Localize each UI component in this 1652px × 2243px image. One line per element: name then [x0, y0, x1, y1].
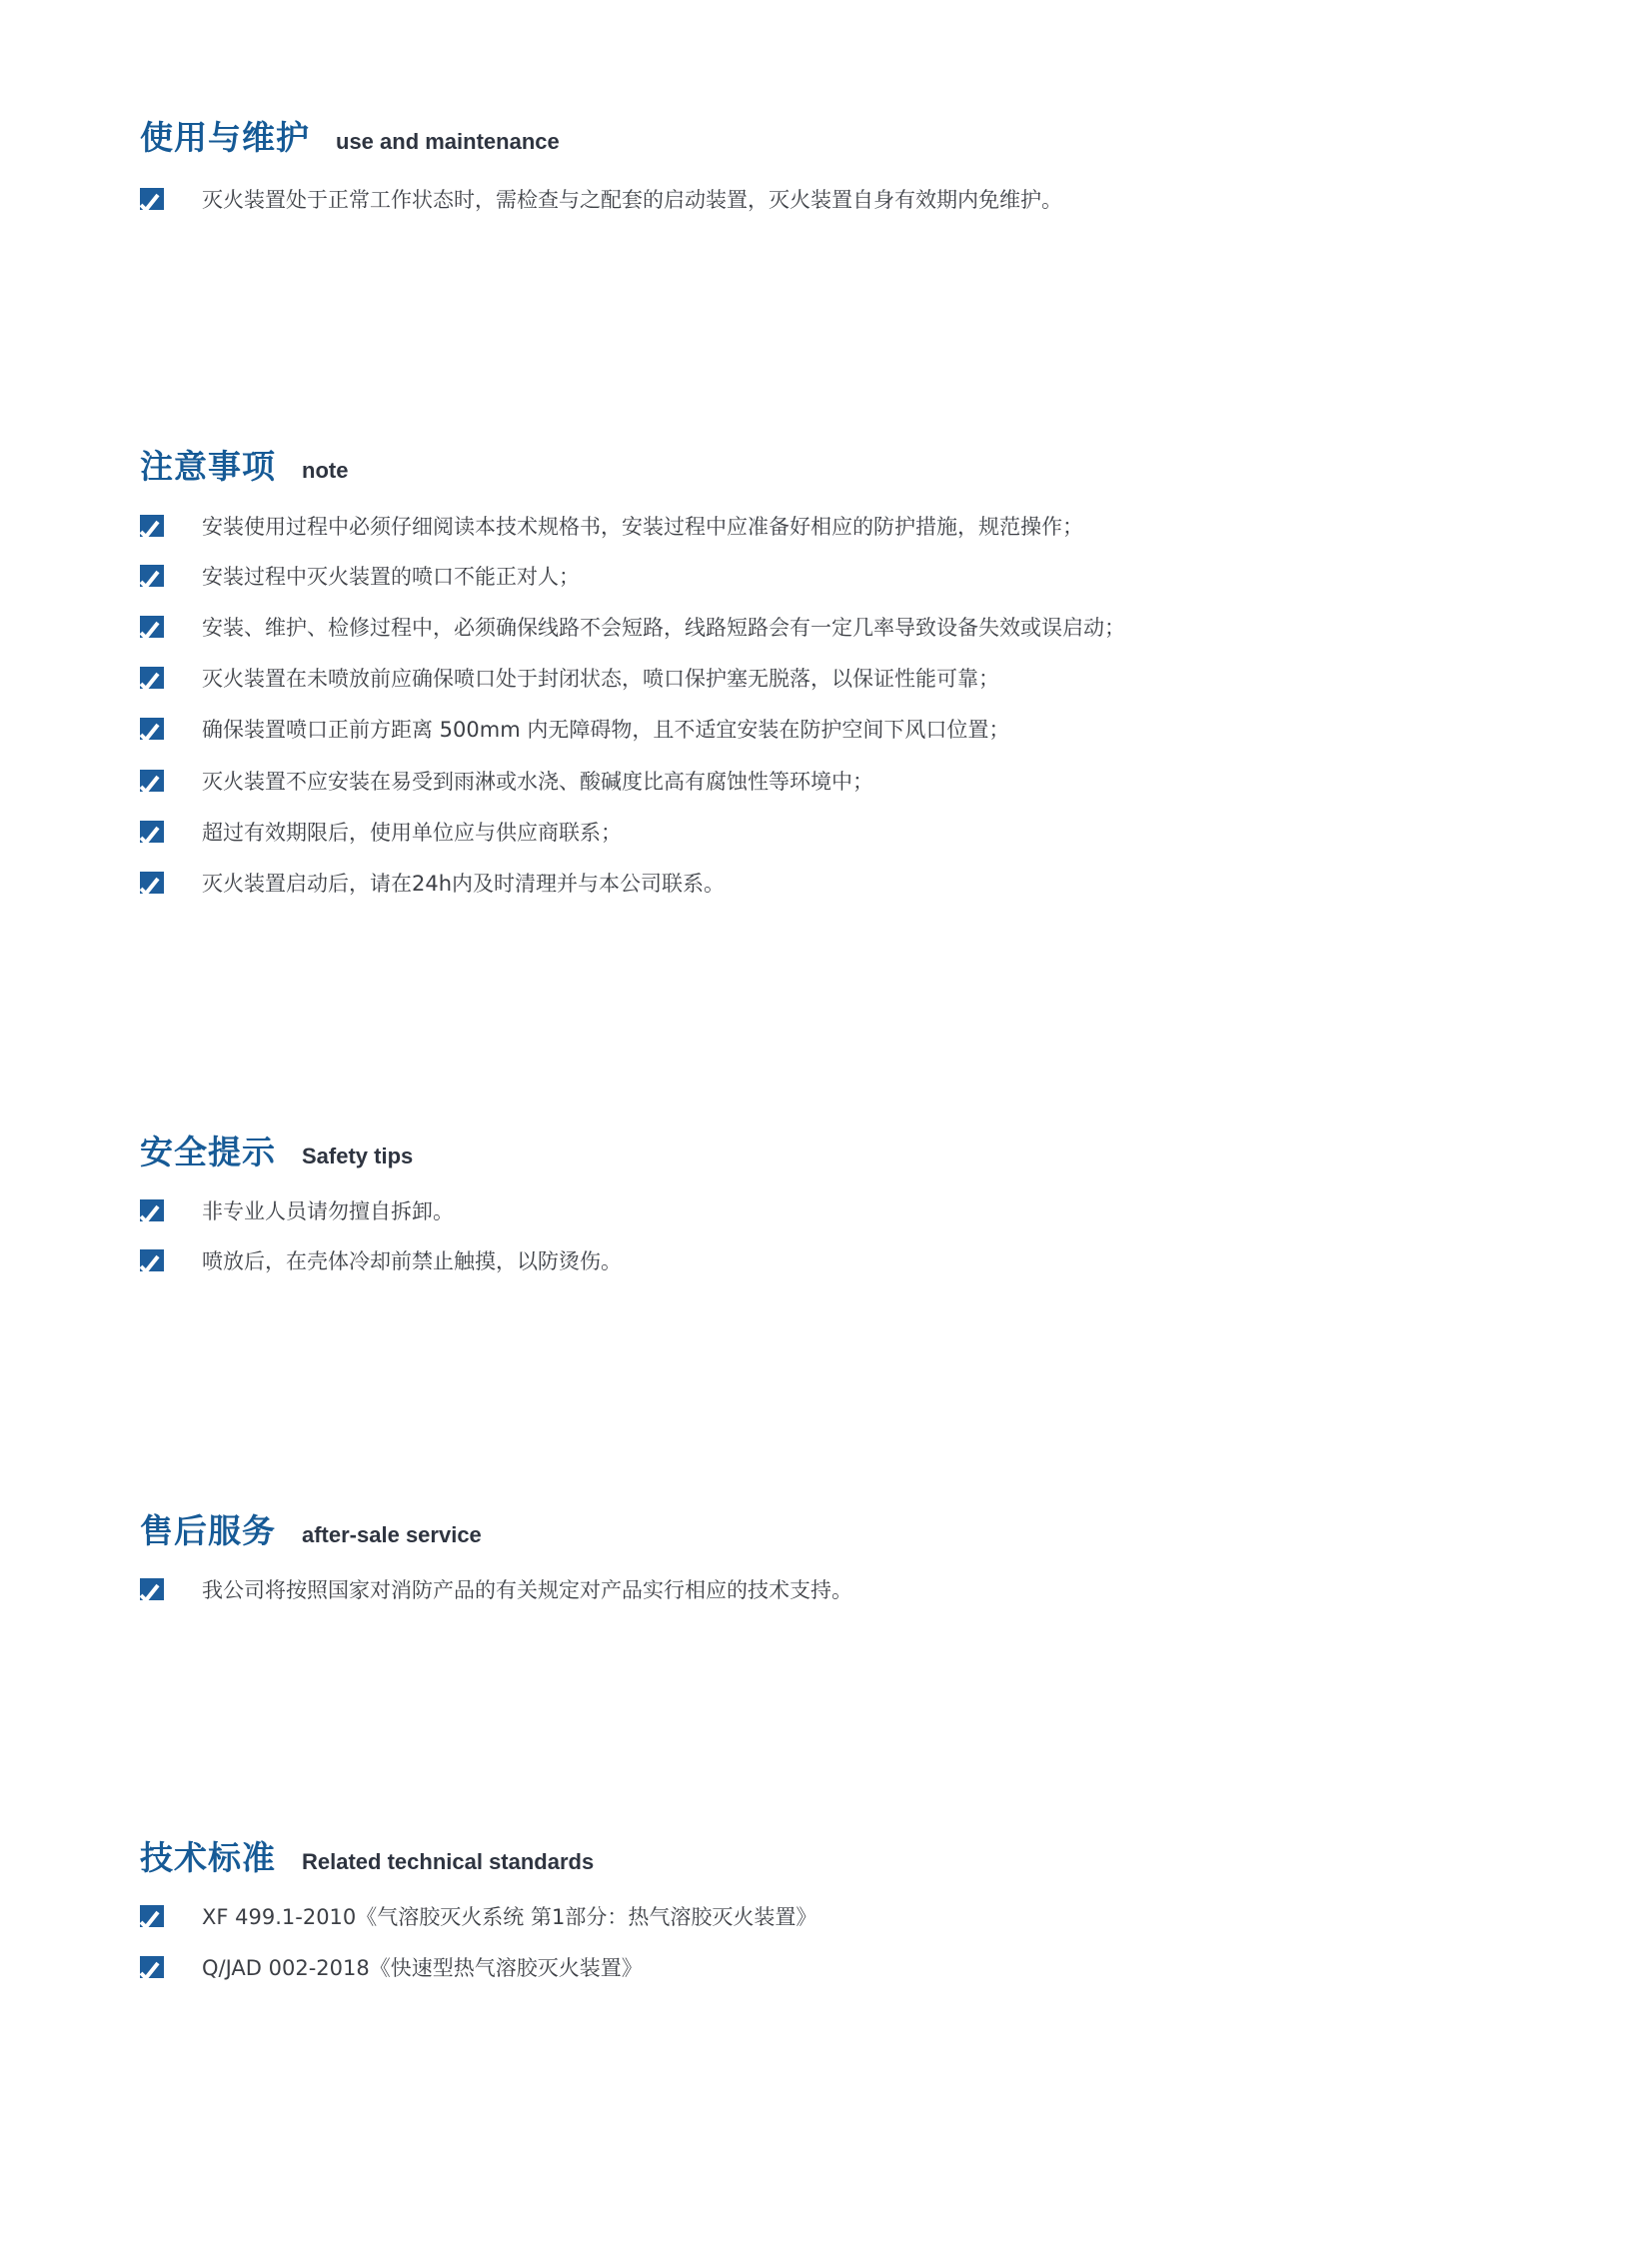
item-text: 我公司将按照国家对消防产品的有关规定对产品实行相应的技术支持。	[202, 1574, 852, 1604]
section-subtitle: use and maintenance	[336, 129, 560, 155]
checkbox-checked-icon	[140, 565, 164, 587]
list-item: 灭火装置在未喷放前应确保喷口处于封闭状态，喷口保护塞无脱落，以保证性能可靠；	[140, 663, 999, 693]
list-item: 安装、维护、检修过程中，必须确保线路不会短路，线路短路会有一定几率导致设备失效或…	[140, 612, 1125, 642]
checkbox-checked-icon	[140, 872, 164, 894]
item-text: 超过有效期限后，使用单位应与供应商联系；	[202, 817, 622, 847]
checkbox-checked-icon	[140, 1199, 164, 1221]
list-item: XF 499.1-2010《气溶胶灭火系统 第1部分：热气溶胶灭火装置》	[140, 1901, 817, 1931]
section-heading-safety-tips: 安全提示 Safety tips	[140, 1126, 413, 1173]
list-item: 灭火装置处于正常工作状态时，需检查与之配套的启动装置，灭火装置自身有效期内免维护…	[140, 184, 1062, 214]
item-text: 灭火装置在未喷放前应确保喷口处于封闭状态，喷口保护塞无脱落，以保证性能可靠；	[202, 663, 999, 693]
section-title: 使用与维护	[140, 112, 310, 159]
item-text: Q/JAD 002-2018《快速型热气溶胶灭火装置》	[202, 1952, 643, 1982]
item-text: 安装、维护、检修过程中，必须确保线路不会短路，线路短路会有一定几率导致设备失效或…	[202, 612, 1125, 642]
section-title: 技术标准	[140, 1832, 276, 1879]
checkbox-checked-icon	[140, 188, 164, 210]
section-subtitle: Safety tips	[302, 1143, 413, 1169]
checkbox-checked-icon	[140, 616, 164, 638]
checkbox-checked-icon	[140, 1249, 164, 1271]
list-item: 安装使用过程中必须仔细阅读本技术规格书，安装过程中应准备好相应的防护措施，规范操…	[140, 511, 1083, 541]
section-title: 注意事项	[140, 441, 276, 488]
list-item: Q/JAD 002-2018《快速型热气溶胶灭火装置》	[140, 1952, 643, 1982]
list-item: 超过有效期限后，使用单位应与供应商联系；	[140, 817, 622, 847]
checkbox-checked-icon	[140, 1578, 164, 1600]
section-title: 安全提示	[140, 1126, 276, 1173]
checkbox-checked-icon	[140, 1905, 164, 1927]
list-item: 确保装置喷口正前方距离 500mm 内无障碍物，且不适宜安装在防护空间下风口位置…	[140, 714, 1009, 744]
checkbox-checked-icon	[140, 718, 164, 740]
item-text: 灭火装置不应安装在易受到雨淋或水浇、酸碱度比高有腐蚀性等环境中；	[202, 766, 873, 796]
list-item: 非专业人员请勿擅自拆卸。	[140, 1195, 454, 1225]
item-text: 喷放后，在壳体冷却前禁止触摸，以防烫伤。	[202, 1245, 622, 1275]
section-subtitle: note	[302, 458, 348, 484]
section-heading-after-sale: 售后服务 after-sale service	[140, 1505, 482, 1552]
section-heading-use-maintenance: 使用与维护 use and maintenance	[140, 112, 560, 159]
item-text: 确保装置喷口正前方距离 500mm 内无障碍物，且不适宜安装在防护空间下风口位置…	[202, 714, 1009, 744]
checkbox-checked-icon	[140, 821, 164, 843]
list-item: 灭火装置启动后，请在24h内及时清理并与本公司联系。	[140, 868, 725, 898]
list-item: 喷放后，在壳体冷却前禁止触摸，以防烫伤。	[140, 1245, 622, 1275]
item-text: 安装过程中灭火装置的喷口不能正对人；	[202, 561, 580, 591]
list-item: 我公司将按照国家对消防产品的有关规定对产品实行相应的技术支持。	[140, 1574, 852, 1604]
list-item: 灭火装置不应安装在易受到雨淋或水浇、酸碱度比高有腐蚀性等环境中；	[140, 766, 873, 796]
section-subtitle: Related technical standards	[302, 1849, 594, 1875]
section-heading-technical-standards: 技术标准 Related technical standards	[140, 1832, 594, 1879]
section-subtitle: after-sale service	[302, 1522, 482, 1548]
item-text: 安装使用过程中必须仔细阅读本技术规格书，安装过程中应准备好相应的防护措施，规范操…	[202, 511, 1083, 541]
item-text: 非专业人员请勿擅自拆卸。	[202, 1195, 454, 1225]
item-text: 灭火装置启动后，请在24h内及时清理并与本公司联系。	[202, 868, 725, 898]
list-item: 安装过程中灭火装置的喷口不能正对人；	[140, 561, 580, 591]
section-title: 售后服务	[140, 1505, 276, 1552]
checkbox-checked-icon	[140, 515, 164, 537]
item-text: 灭火装置处于正常工作状态时，需检查与之配套的启动装置，灭火装置自身有效期内免维护…	[202, 184, 1062, 214]
checkbox-checked-icon	[140, 770, 164, 792]
item-text: XF 499.1-2010《气溶胶灭火系统 第1部分：热气溶胶灭火装置》	[202, 1901, 817, 1931]
checkbox-checked-icon	[140, 1956, 164, 1978]
section-heading-note: 注意事项 note	[140, 441, 348, 488]
checkbox-checked-icon	[140, 667, 164, 689]
